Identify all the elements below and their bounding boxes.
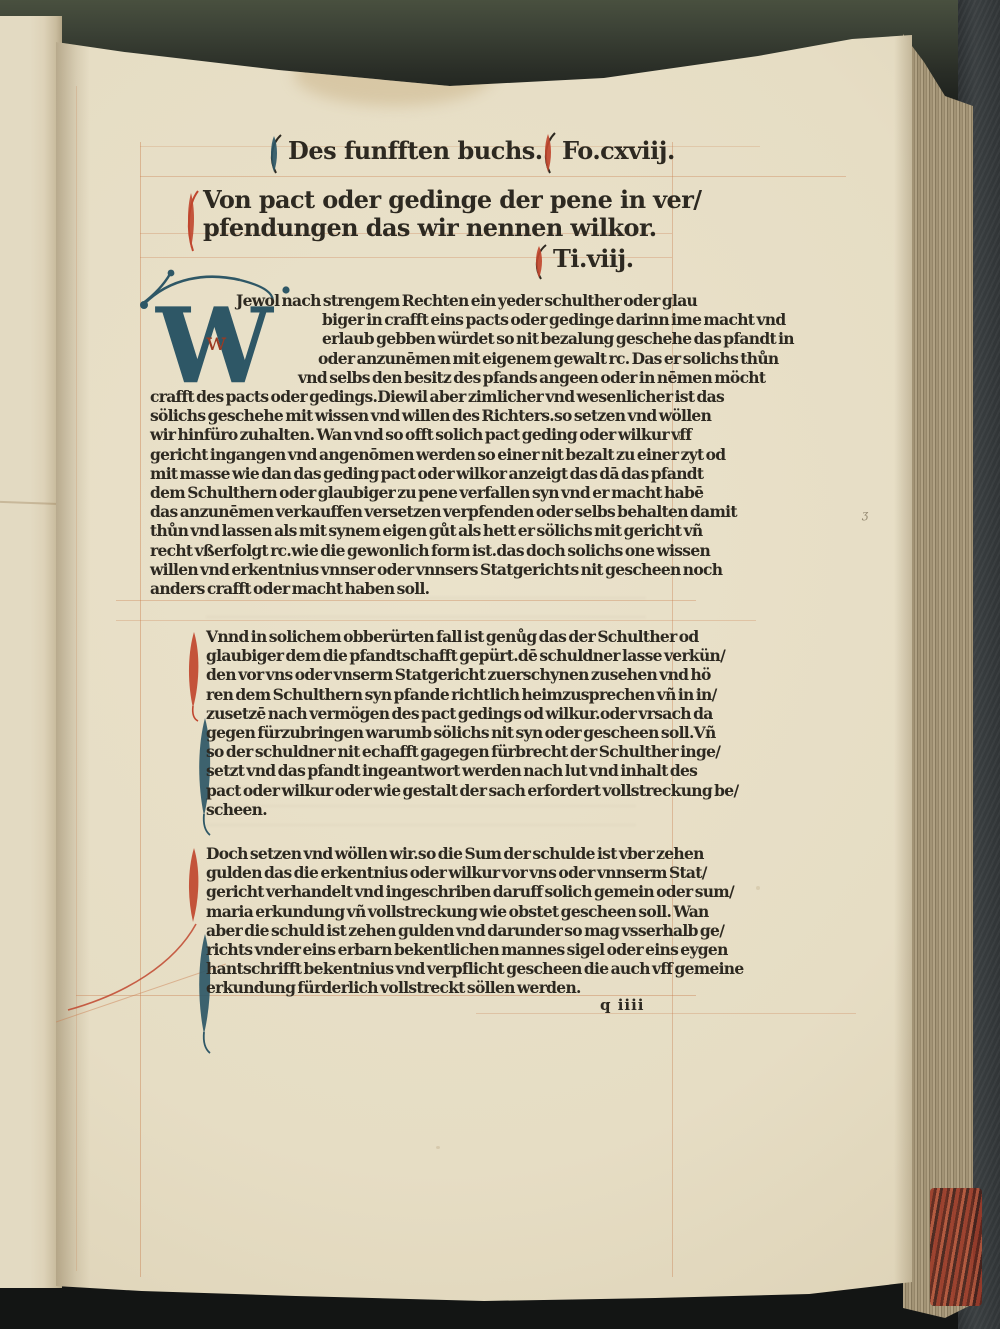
chapter-number: Ti.viij. [553, 244, 634, 273]
header-book-title: Des funfften buchs. [288, 136, 543, 165]
text-line: thůn vnd lassen als mit synem eigen gůt … [150, 521, 690, 540]
text-line: den vor vns oder vnserm Statgericht zuer… [206, 665, 686, 684]
text-line: biger in crafft eins pacts oder gedinge … [322, 310, 690, 329]
text-line: gulden das die erkentnius oder wilkur vo… [206, 863, 686, 882]
paragraph-1: Jewol nach strengem Rechten ein yeder sc… [150, 291, 690, 598]
text-line: zusetzē nach vermögen des pact gedings o… [206, 704, 686, 723]
text-line: recht vßerfolgt rc.wie die gewonlich for… [150, 541, 690, 560]
text-line: gericht verhandelt vnd ingeschriben daru… [206, 882, 686, 901]
text-line: ren dem Schulthern syn pfande richtlich … [206, 685, 686, 704]
facing-page-sliver [0, 16, 62, 1288]
text-line: gericht ingangen vnd angenōmen werden so… [150, 445, 690, 464]
quire-signature: q iiii [600, 996, 645, 1014]
text-line: sölichs geschehe mit wissen vnd willen d… [150, 406, 690, 425]
ruling-line-horizontal [476, 1013, 856, 1014]
fore-edge-page-stack [903, 0, 973, 1318]
ruling-line-horizontal [116, 620, 756, 621]
book-page: Des funfften buchs. Fo.cxviij. Von pact … [56, 26, 912, 1304]
header-folio-number: Fo.cxviij. [562, 136, 675, 165]
paragraph-2: Vnnd in solichem obberürten fall ist gen… [206, 627, 686, 819]
text-line: scheen. [206, 800, 686, 819]
text-line: crafft des pacts oder gedings.Diewil abe… [150, 387, 690, 406]
text-line: gegen fürzubringen warumb sölichs nit sy… [206, 723, 686, 742]
right-edge-shadow [894, 26, 912, 1304]
text-line: vnd selbs den besitz des pfands angeen o… [298, 368, 690, 387]
paper-stain [294, 42, 494, 106]
chapter-title: Von pact oder gedinge der pene in ver/ p… [203, 186, 683, 242]
text-line: pact oder wilkur oder wie gestalt der sa… [206, 781, 686, 800]
ruling-line-vertical [76, 86, 77, 1271]
text-line: willen vnd erkentnius vnnser oder vnnser… [150, 560, 690, 579]
text-line: maria erkundung vñ vollstreckung wie obs… [206, 902, 686, 921]
text-line: Jewol nach strengem Rechten ein yeder sc… [236, 291, 690, 310]
text-line: Vnnd in solichem obberürten fall ist gen… [206, 627, 686, 646]
page-crease [0, 501, 62, 505]
pilcrow-icon [531, 244, 549, 280]
pilcrow-icon [540, 132, 558, 174]
fox-spot [436, 1146, 440, 1149]
text-line: setzt vnd das pfandt ingeantwort werden … [206, 761, 686, 780]
text-line: Doch setzen vnd wöllen wir.so die Sum de… [206, 844, 686, 863]
rubric-leaf-icon [183, 630, 205, 722]
text-line: erlaub gebben würdet so nit bezalung ges… [322, 329, 690, 348]
pilcrow-icon [266, 134, 284, 174]
text-line: erkundung fürderlich vollstreckt söllen … [206, 978, 686, 997]
fox-spot [756, 886, 760, 890]
text-line: richts vnder eins erbarn bekentlichen ma… [206, 940, 686, 959]
margin-annotation: ʒ [862, 508, 868, 521]
chapter-title-line1: Von pact oder gedinge der pene in ver/ [203, 186, 683, 214]
text-line: aber die schuld ist zehen gulden vnd dar… [206, 921, 686, 940]
text-line: so der schuldner nit echafft gagegen für… [206, 742, 686, 761]
text-line: oder anzunēmen mit eigenem gewalt rc. Da… [318, 349, 690, 368]
text-line: hantschrifft bekentnius vnd verpflicht g… [206, 959, 686, 978]
paragraph-3: Doch setzen vnd wöllen wir.so die Sum de… [206, 844, 686, 998]
text-line: mit masse wie dan das geding pact oder w… [150, 464, 690, 483]
text-line: das anzunēmen verkauffen versetzen verpf… [150, 502, 690, 521]
text-line: glaubiger dem die pfandtschafft gepürt.d… [206, 646, 686, 665]
rubric-bracket-icon [182, 190, 202, 252]
gutter-shadow [56, 26, 90, 1304]
book-scan: Des funfften buchs. Fo.cxviij. Von pact … [0, 0, 1000, 1329]
text-line: wir hinfüro zuhalten. Wan vnd so offt so… [150, 425, 690, 444]
running-header: Des funfften buchs. Fo.cxviij. [56, 134, 912, 174]
marbled-edge-decoration [930, 1188, 982, 1306]
text-line: anders crafft oder macht haben soll. [150, 579, 690, 598]
margin-annotation: ɒ [677, 430, 684, 443]
text-line: dem Schulthern oder glaubiger zu pene ve… [150, 483, 690, 502]
ruling-line-horizontal [140, 176, 846, 177]
chapter-title-line2: pfendungen das wir nennen wilkor. [203, 214, 683, 242]
